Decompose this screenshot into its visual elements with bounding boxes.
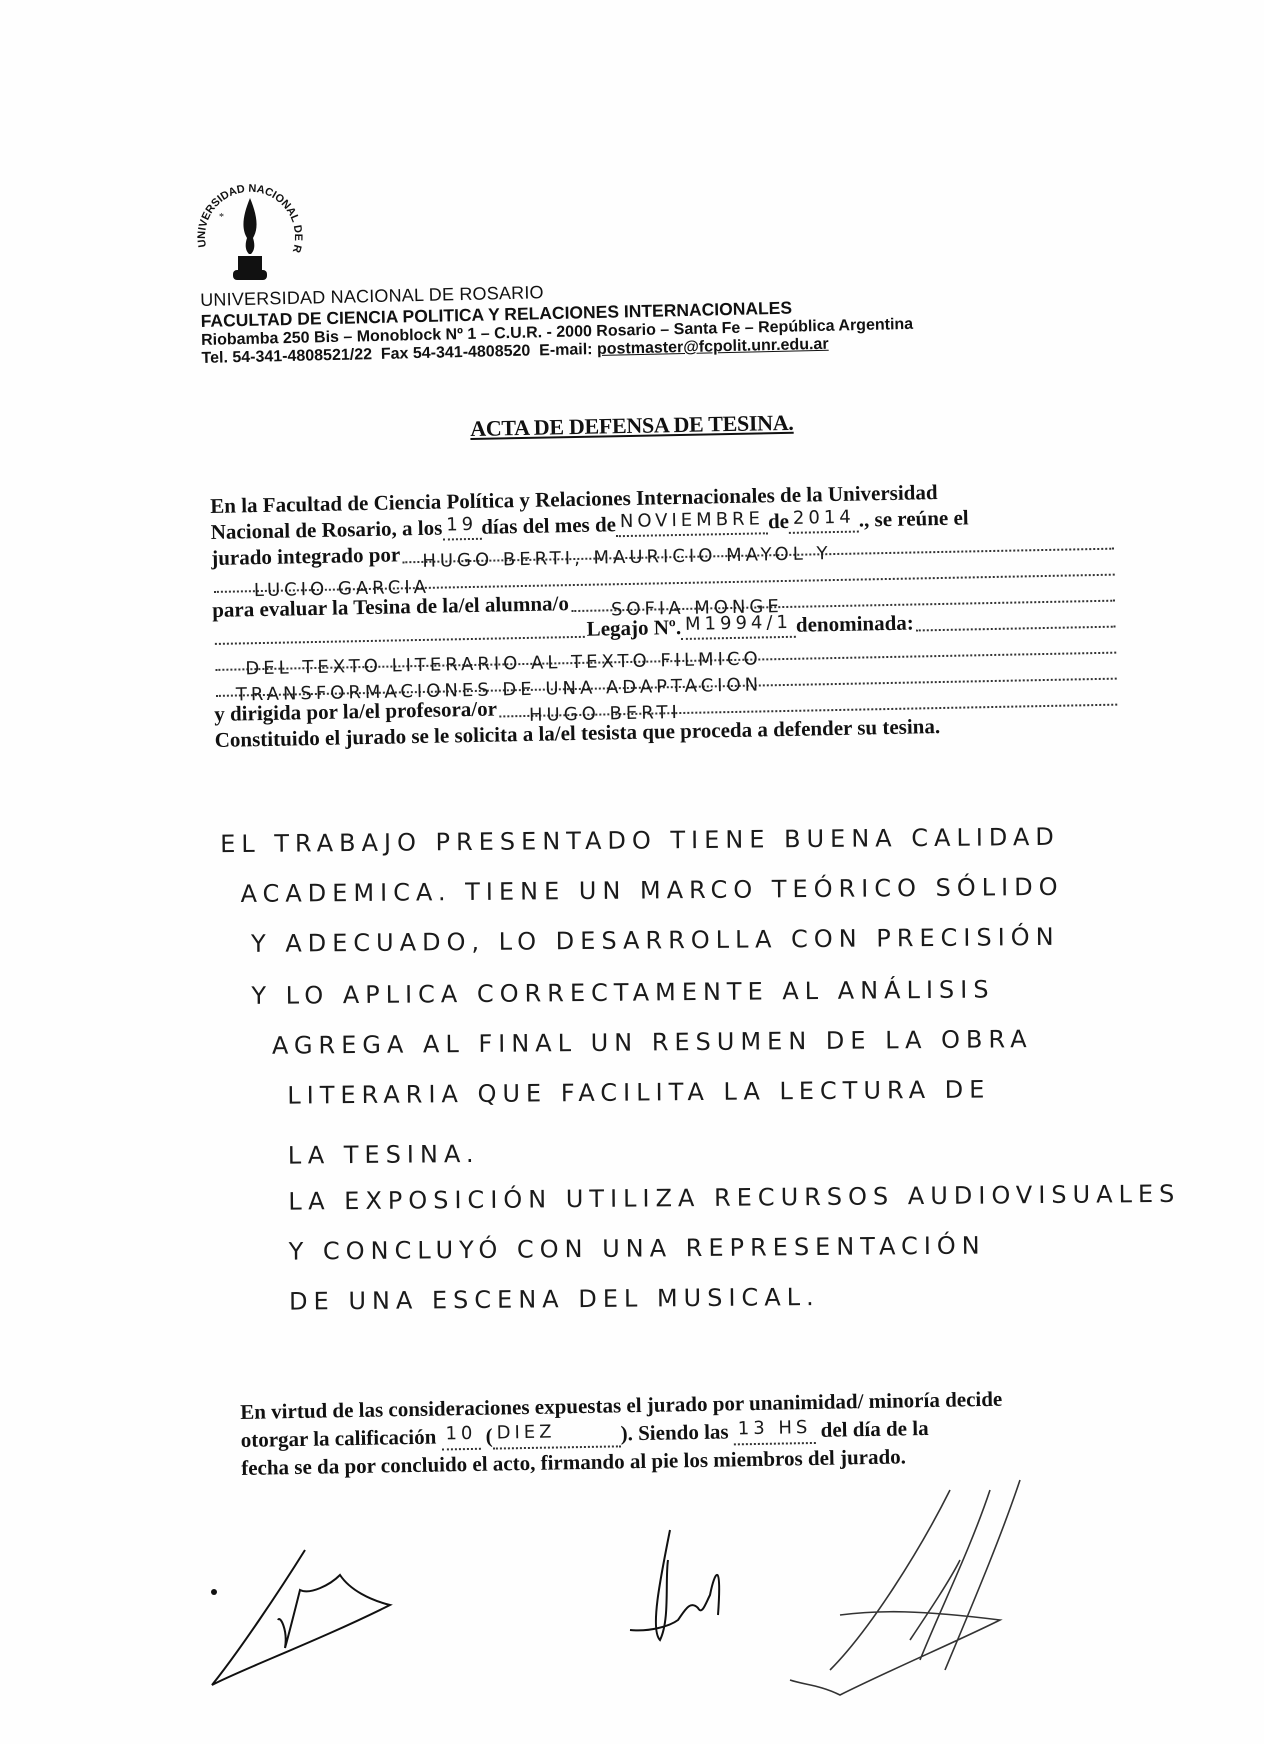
evaluation-line: LITERARIA QUE FACILITA LA LECTURA DE [287, 1075, 990, 1109]
month-field[interactable]: NOVIEMBRE [616, 506, 769, 537]
evaluation-line: LA TESINA. [288, 1140, 480, 1170]
university-seal-icon: UNIVERSIDAD NACIONAL DE ROSARIO * [185, 170, 315, 300]
fax: Fax 54-341-4808520 [381, 343, 531, 363]
evaluation-line: DE UNA ESCENA DEL MUSICAL. [289, 1283, 820, 1316]
label-grade: otorgar la calificación [240, 1423, 436, 1454]
svg-text:UNIVERSIDAD NACIONAL DE ROSARI: UNIVERSIDAD NACIONAL DE ROSARIO [185, 170, 304, 254]
email-label: E-mail: [539, 341, 593, 359]
evaluation-line: Y LO APLICA CORRECTAMENTE AL ANÁLISIS [251, 975, 994, 1009]
day-field[interactable]: 19 [442, 512, 481, 541]
year-field[interactable]: 2014 [789, 505, 859, 534]
svg-text:*: * [219, 212, 224, 223]
document-title: ACTA DE DEFENSA DE TESINA. [470, 410, 794, 442]
label-jury: jurado integrado por [211, 541, 400, 571]
time-field[interactable]: 13 HS [734, 1414, 816, 1445]
grade-field[interactable]: 10 [441, 1420, 480, 1451]
label-time: ). Siendo las [620, 1417, 728, 1447]
evaluation-line: EL TRABAJO PRESENTADO TIENE BUENA CALIDA… [220, 823, 1060, 858]
evaluation-line: Y CONCLUYÓ CON UNA REPRESENTACIÓN [289, 1232, 986, 1266]
label-year: de [768, 508, 789, 534]
phone: Tel. 54-341-4808521/22 [201, 346, 372, 367]
signature-3 [760, 1460, 1180, 1720]
form-body: En la Facultad de Ciencia Política y Rel… [210, 476, 1120, 753]
signature-1 [200, 1520, 460, 1720]
evaluation-line: ACADEMICA. TIENE UN MARCO TEÓRICO SÓLIDO [240, 873, 1063, 908]
evaluation-line: LA EXPOSICIÓN UTILIZA RECURSOS AUDIOVISU… [288, 1180, 1180, 1216]
legajo-field[interactable]: M1994/1 [681, 610, 796, 640]
label-legajo: Legajo Nº. [586, 614, 681, 642]
evaluation-line: AGREGA AL FINAL UN RESUMEN DE LA OBRA [272, 1025, 1033, 1060]
document-page: UNIVERSIDAD NACIONAL DE ROSARIO * UNIVER… [0, 0, 1264, 1744]
label-day: del día de la [820, 1414, 928, 1444]
evaluation-line: Y ADECUADO, LO DESARROLLA CON PRECISIÓN [251, 923, 1060, 958]
grade-words-field[interactable]: DIEZ [492, 1417, 621, 1449]
label-month: días del mes de [481, 511, 616, 540]
label-meeting: ., se reúne el [859, 504, 969, 532]
evaluation-handwritten: EL TRABAJO PRESENTADO TIENE BUENA CALIDA… [240, 822, 1140, 830]
label-denominada: denominada: [796, 610, 914, 638]
denominada-trailing [916, 626, 1116, 632]
letterhead: UNIVERSIDAD NACIONAL DE ROSARIO FACULTAD… [200, 274, 914, 368]
